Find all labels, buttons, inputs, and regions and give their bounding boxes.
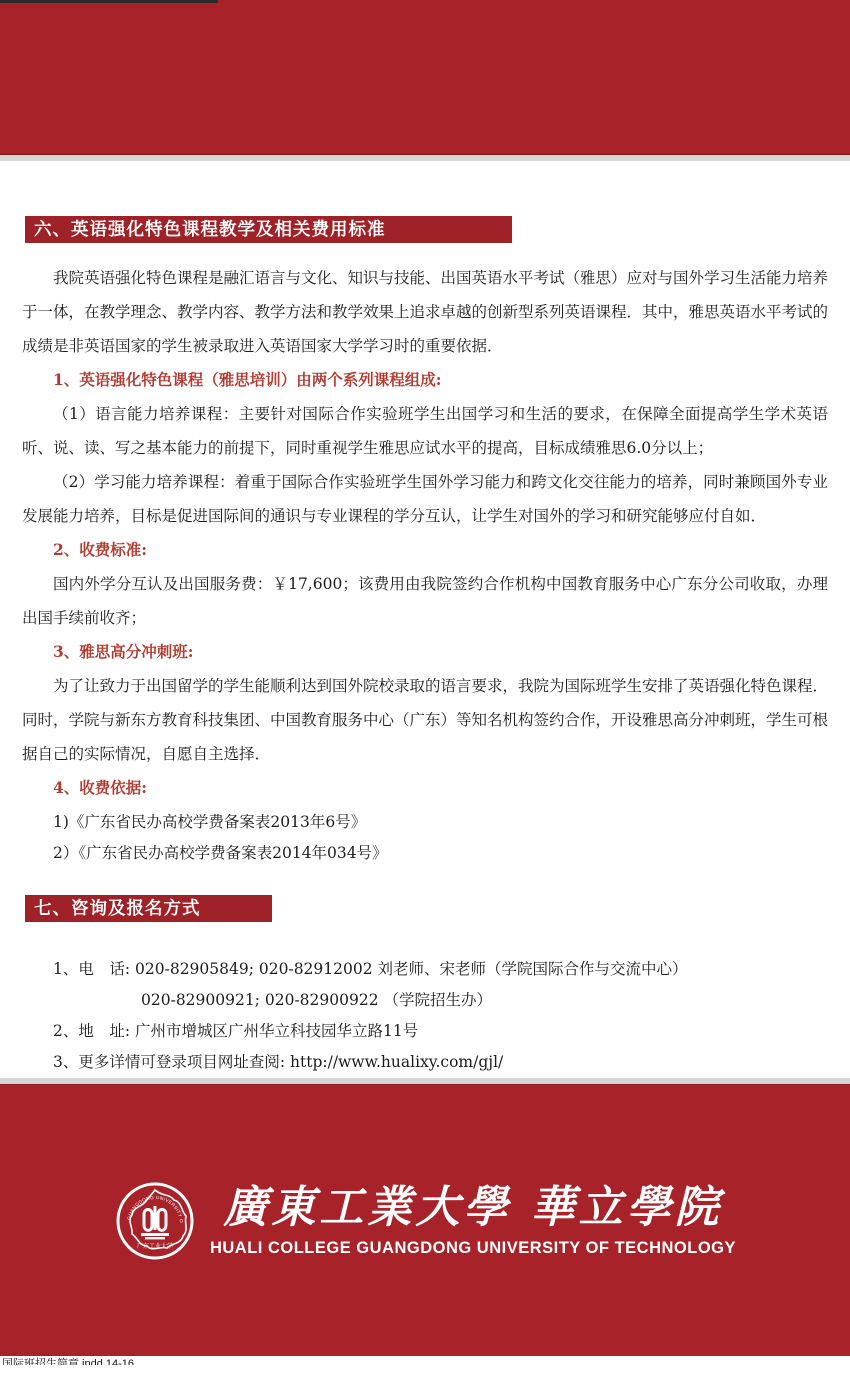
subheading-4: 4、收费依据: <box>22 771 828 805</box>
content-area: 六、英语强化特色课程教学及相关费用标准 我院英语强化特色课程是融汇语言与文化、知… <box>0 216 850 1078</box>
subheading-1: 1、英语强化特色课程（雅思培训）由两个系列课程组成: <box>22 363 828 397</box>
college-name-chinese: 廣東工業大學 華立學院 <box>223 1183 722 1233</box>
page-slug: 国际班招生简章.indd 14-16 <box>2 1356 134 1365</box>
subheading-3: 3、雅思高分冲刺班: <box>22 635 828 669</box>
section-6-intro-paragraph: 我院英语强化特色课程是融汇语言与文化、知识与技能、出国英语水平考试（雅思）应对与… <box>22 261 828 363</box>
footer-band: GUANGDONG UNIVERSITY OF TECHNOLOGY 广东工业大… <box>0 1084 850 1356</box>
contact-phone-line-2: 020-82900921; 020-82900922 （学院招生办） <box>22 985 828 1016</box>
section-7-title-bar: 七、咨询及报名方式 <box>25 895 272 922</box>
college-names: 廣東工業大學 華立學院 HUALI COLLEGE GUANGDONG UNIV… <box>210 1183 736 1258</box>
paragraph-1-1: （1）语言能力培养课程：主要针对国际合作实验班学生出国学习和生活的要求，在保障全… <box>22 397 828 465</box>
contact-block: 1、电 话: 020-82905849; 020-82912002 刘老师、宋老… <box>22 954 828 1078</box>
top-divider-rule <box>0 155 850 161</box>
project-url-link[interactable]: http://www.hualixy.com/gjl/ <box>290 1053 503 1071</box>
header-band <box>0 0 850 155</box>
section-6-title: 六、英语强化特色课程教学及相关费用标准 <box>34 219 386 239</box>
bottom-caption-strip: 国际班招生简章.indd 14-16 <box>0 1356 850 1365</box>
section-7-title: 七、咨询及报名方式 <box>34 898 201 918</box>
top-left-dark-strip <box>0 0 218 3</box>
college-brand: GUANGDONG UNIVERSITY OF TECHNOLOGY 广东工业大… <box>114 1180 736 1262</box>
contact-web-prefix: 3、更多详情可登录项目网址查阅: <box>53 1053 290 1071</box>
paragraph-1-2: （2）学习能力培养课程：着重于国际合作实验班学生国外学习能力和跨文化交往能力的培… <box>22 465 828 533</box>
contact-web-line: 3、更多详情可登录项目网址查阅: http://www.hualixy.com/… <box>22 1047 828 1078</box>
college-seal-icon: GUANGDONG UNIVERSITY OF TECHNOLOGY 广东工业大… <box>114 1180 196 1262</box>
fee-basis-item-1: 1)《广东省民办高校学费备案表2013年6号》 <box>22 807 828 838</box>
fee-basis-item-2: 2）《广东省民办高校学费备案表2014年034号》 <box>22 838 828 869</box>
fee-basis-list: 1)《广东省民办高校学费备案表2013年6号》 2）《广东省民办高校学费备案表2… <box>22 807 828 869</box>
paragraph-3-1: 为了让致力于出国留学的学生能顺利达到国外院校录取的语言要求，我院为国际班学生安排… <box>22 669 828 771</box>
subheading-2: 2、收费标准: <box>22 533 828 567</box>
college-name-english: HUALI COLLEGE GUANGDONG UNIVERSITY OF TE… <box>210 1239 736 1258</box>
contact-address-line: 2、地 址: 广州市增城区广州华立科技园华立路11号 <box>22 1016 828 1047</box>
paragraph-2-1: 国内外学分互认及出国服务费：￥17,600；该费用由我院签约合作机构中国教育服务… <box>22 567 828 635</box>
seal-bottom-text: 广东工业大学 <box>137 1242 173 1250</box>
contact-phone-line-1: 1、电 话: 020-82905849; 020-82912002 刘老师、宋老… <box>22 954 828 985</box>
brochure-page: 六、英语强化特色课程教学及相关费用标准 我院英语强化特色课程是融汇语言与文化、知… <box>0 0 850 1377</box>
section-6-title-bar: 六、英语强化特色课程教学及相关费用标准 <box>25 216 512 243</box>
